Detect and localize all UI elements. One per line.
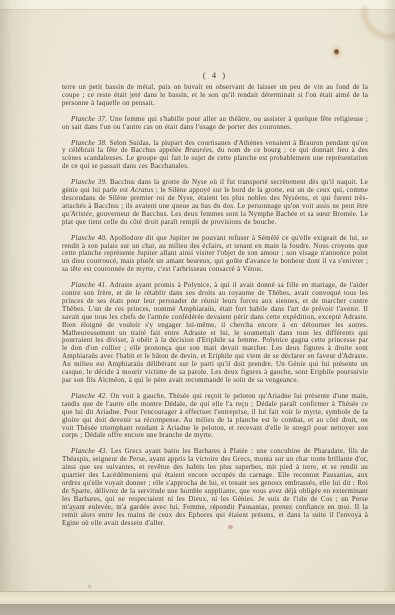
paragraph-planche-38: Planche 38. Selon Suidas, la plupart des… xyxy=(62,140,368,172)
paragraph-planche-39: Planche 39. Bacchus dans la grotte de Ny… xyxy=(62,179,368,226)
page-top-edge xyxy=(0,0,395,10)
paragraph-planche-42: Planche 42. On voit à gauche, Thésée qui… xyxy=(62,393,368,440)
right-edge-shadow xyxy=(383,0,395,593)
scan-background-strip xyxy=(0,604,395,615)
paragraph-continuation: terre un petit bassin de métal, puis on … xyxy=(62,84,368,108)
paragraph-planche-37: Planche 37. Une femme qui s'habille pour… xyxy=(62,116,368,132)
page-surface: ( 4 ) terre un petit bassin de métal, pu… xyxy=(0,0,395,615)
reverse-side-show-through xyxy=(70,507,370,513)
corner-stain xyxy=(352,6,395,44)
small-stain xyxy=(228,525,233,529)
bottom-page-edge xyxy=(0,591,395,605)
scanned-book-page: ( 4 ) terre un petit bassin de métal, pu… xyxy=(0,0,395,615)
paragraph-planche-43: Planche 43. Les Grecs ayant battu les Ba… xyxy=(62,448,368,527)
small-speck xyxy=(88,585,91,588)
paragraph-planche-41: Planche 41. Adraste ayant promis à Polyn… xyxy=(62,282,368,385)
text-column: ( 4 ) terre un petit bassin de métal, pu… xyxy=(62,70,368,535)
foxing-stain xyxy=(334,49,339,55)
gutter-shadow xyxy=(0,0,34,593)
page-number: ( 4 ) xyxy=(62,70,368,80)
paragraph-planche-40: Planche 40. Apollodore dit que Jupiter n… xyxy=(62,235,368,275)
